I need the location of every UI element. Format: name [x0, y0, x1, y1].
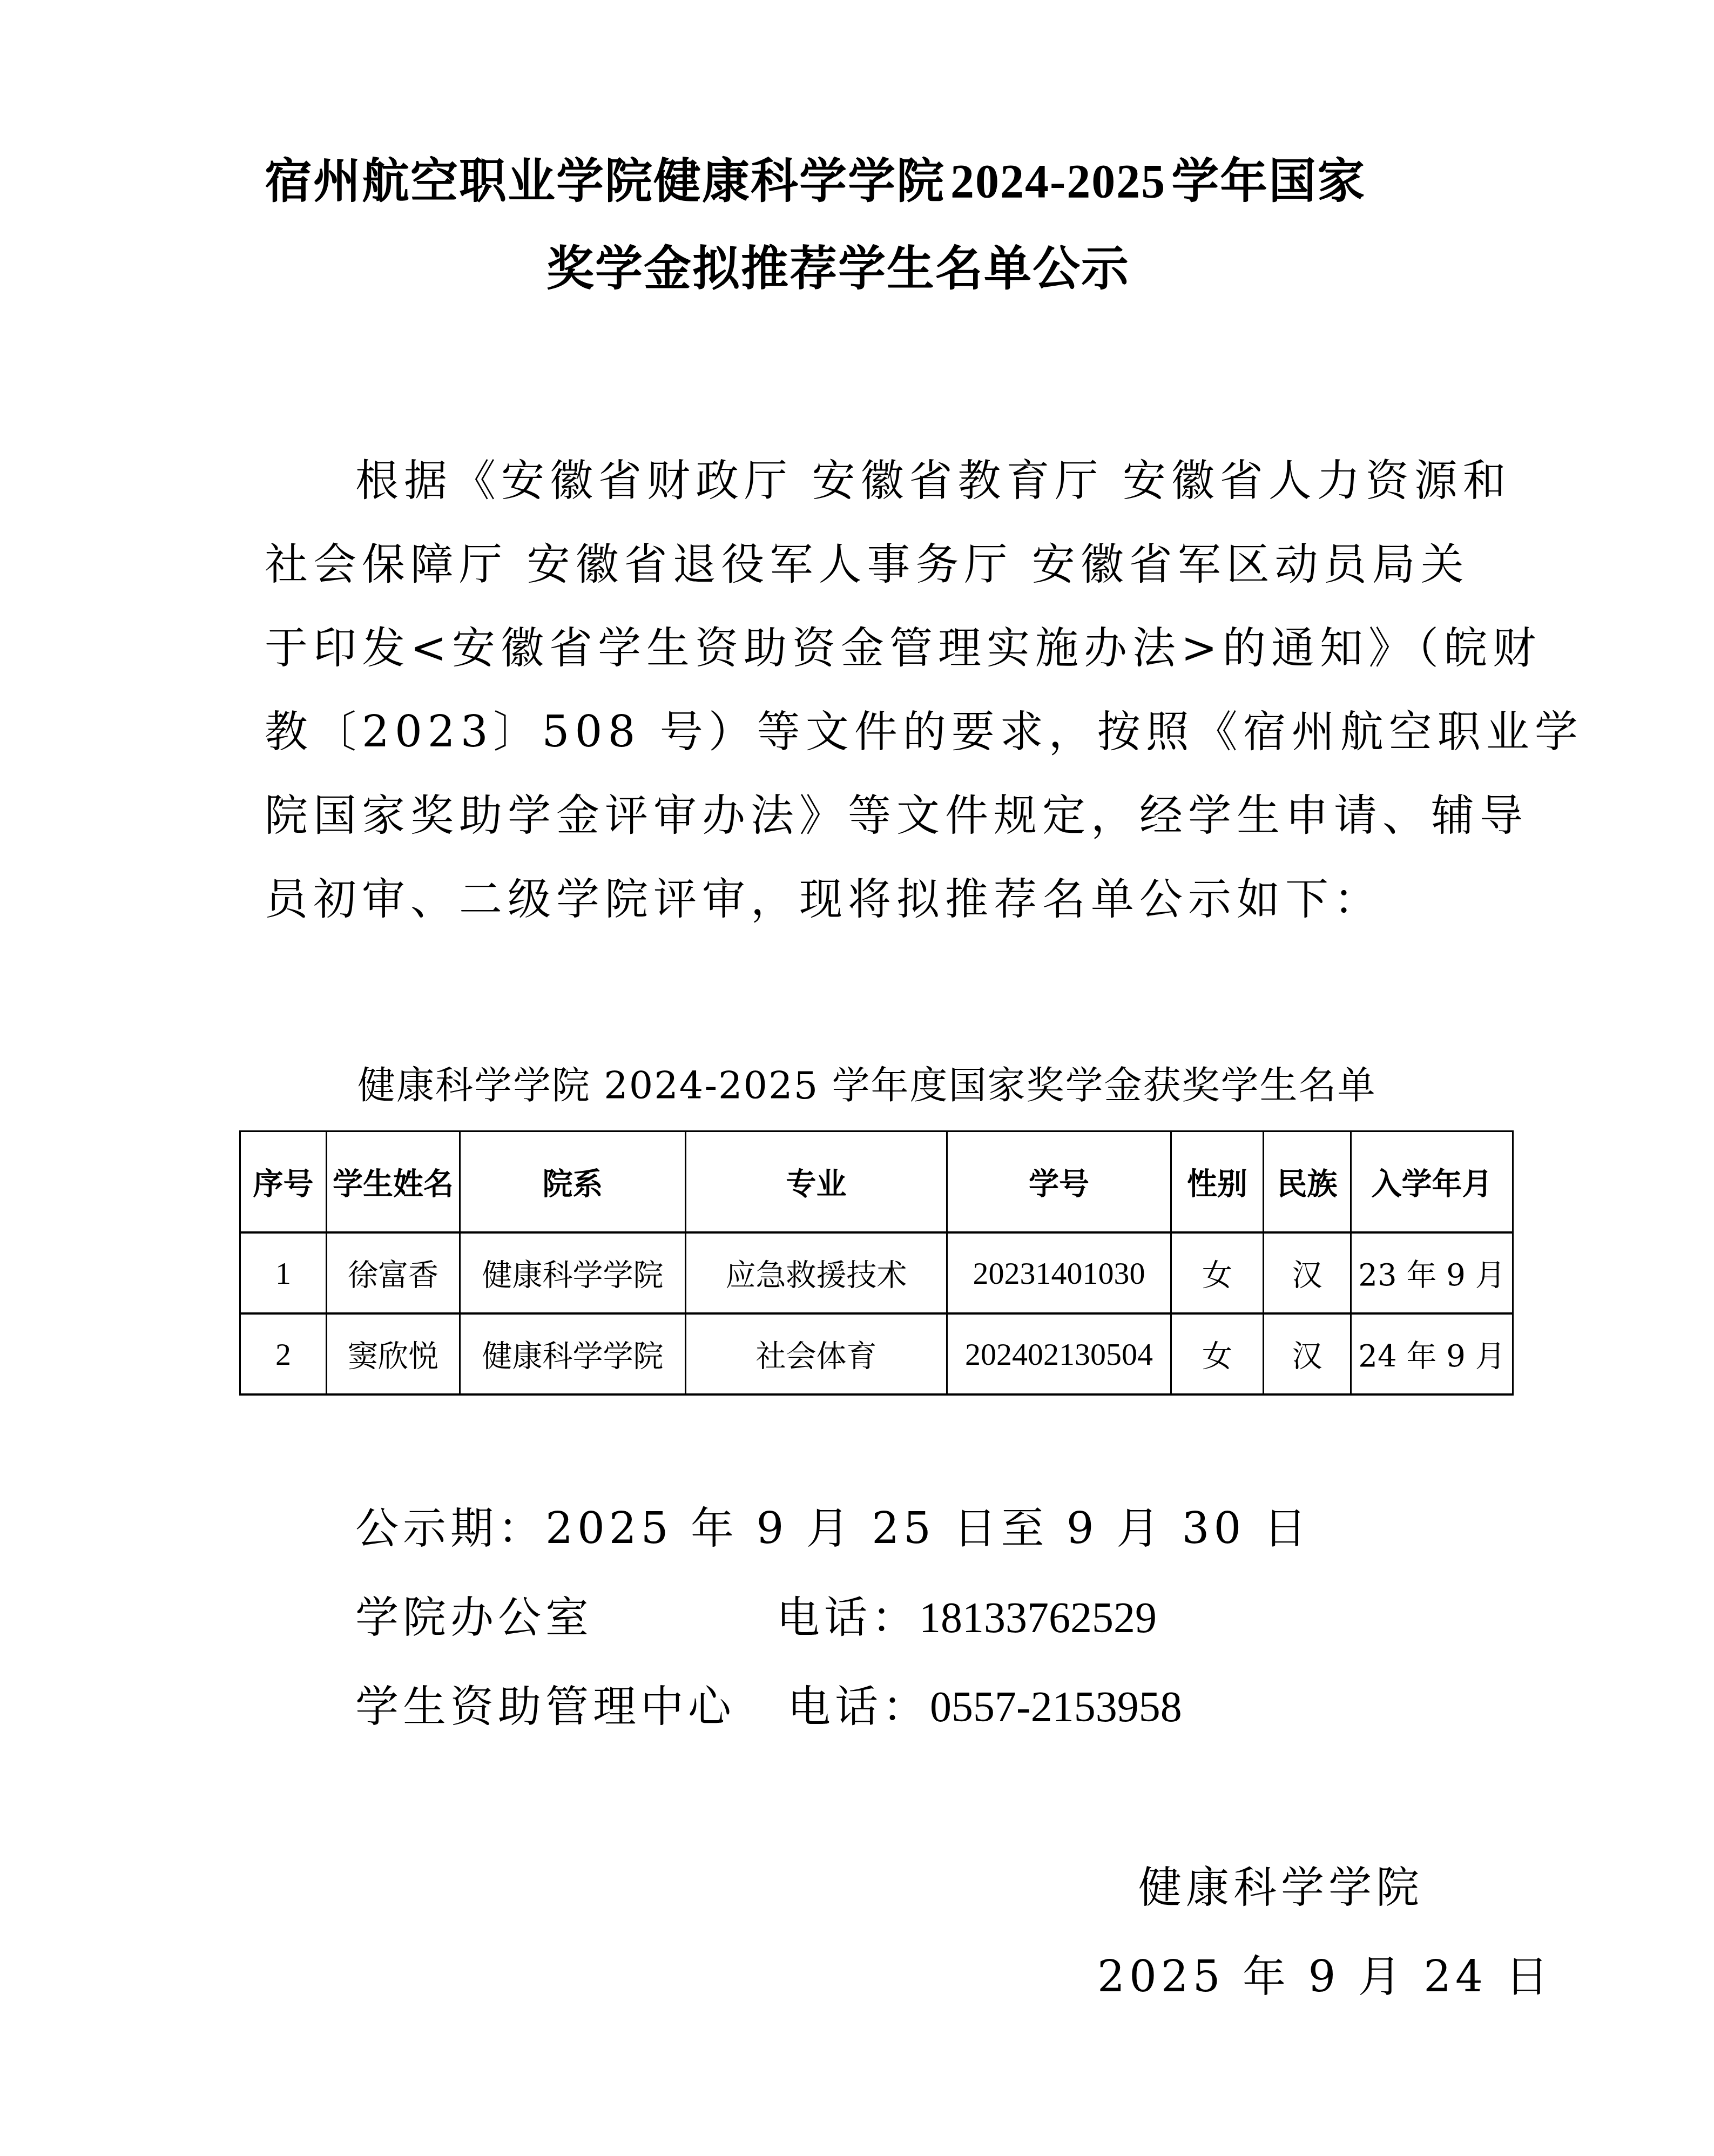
header-student-name: 学生姓名: [327, 1131, 460, 1233]
table-caption: 健康科学学院 2024-2025 学年度国家奖学金获奖学生名单: [357, 1067, 1376, 1104]
header-department: 院系: [460, 1131, 686, 1233]
cell-department: 健康科学学院: [460, 1232, 686, 1313]
cell-ethnicity: 汉: [1264, 1232, 1351, 1313]
notice-period-value: 2025 年 9 月 25 日至 9 月 30 日: [545, 1503, 1311, 1553]
body-line-4: 教〔2023〕508 号）等文件的要求，按照《宿州航空职业学: [265, 710, 1583, 753]
cell-student-id: 20231401030: [947, 1232, 1171, 1313]
contact-office-name: 学院办公室: [355, 1592, 593, 1642]
body-line-1: 根据《安徽省财政厅 安徽省教育厅 安徽省人力资源和: [355, 459, 1511, 502]
cell-gender: 女: [1171, 1232, 1264, 1313]
title-prefix: 宿州航空职业学院健康科学学院: [265, 152, 945, 208]
cell-enrollment-date: 24 年 9 月: [1351, 1313, 1513, 1394]
cell-major: 应急救援技术: [686, 1232, 947, 1313]
document-title-line-1: 宿州航空职业学院健康科学学院2024-2025学年国家: [265, 157, 1366, 206]
header-major: 专业: [686, 1131, 947, 1233]
signature-date: 2025 年 9 月 24 日: [1097, 1955, 1553, 1998]
phone-label: 电话：: [777, 1592, 919, 1642]
body-line-6: 员初审、二级学院评审，现将拟推荐名单公示如下：: [265, 878, 1382, 921]
header-index: 序号: [240, 1131, 327, 1233]
title-year: 2024-2025: [950, 156, 1166, 208]
cell-major: 社会体育: [686, 1313, 947, 1394]
cell-student-name: 窦欣悦: [327, 1313, 460, 1394]
cell-ethnicity: 汉: [1264, 1313, 1351, 1394]
contact-college-office-phone: 电话：18133762529: [777, 1596, 1157, 1640]
body-line-5: 院国家奖助学金评审办法》等文件规定，经学生申请、辅导: [265, 794, 1528, 837]
header-gender: 性别: [1171, 1131, 1264, 1233]
header-student-id: 学号: [947, 1131, 1171, 1233]
body-line-3: 于印发<安徽省学生资助资金管理实施办法>的通知》（皖财: [265, 626, 1541, 670]
cell-gender: 女: [1171, 1313, 1264, 1394]
scholarship-roster-table: 序号 学生姓名 院系 专业 学号 性别 民族 入学年月 1 徐富香 健康科学学院…: [239, 1130, 1514, 1396]
notice-period-label: 公示期：: [355, 1503, 545, 1553]
phone-number: 18133762529: [919, 1594, 1157, 1642]
signature-organization: 健康科学学院: [1138, 1866, 1423, 1909]
title-suffix: 学年国家: [1171, 152, 1366, 208]
contact-aid-center-phone: 电话：0557-2153958: [787, 1685, 1182, 1729]
header-ethnicity: 民族: [1264, 1131, 1351, 1233]
header-enrollment-date: 入学年月: [1351, 1131, 1513, 1233]
contact-office-name: 学生资助管理中心: [355, 1681, 735, 1731]
table-row: 1 徐富香 健康科学学院 应急救援技术 20231401030 女 汉 23 年…: [240, 1232, 1513, 1313]
table-header-row: 序号 学生姓名 院系 专业 学号 性别 民族 入学年月: [240, 1131, 1513, 1233]
table-row: 2 窦欣悦 健康科学学院 社会体育 202402130504 女 汉 24 年 …: [240, 1313, 1513, 1394]
document-title-line-2: 奖学金拟推荐学生名单公示: [546, 244, 1130, 292]
cell-enrollment-date: 23 年 9 月: [1351, 1232, 1513, 1313]
cell-student-id: 202402130504: [947, 1313, 1171, 1394]
cell-department: 健康科学学院: [460, 1313, 686, 1394]
body-line-2: 社会保障厅 安徽省退役军人事务厅 安徽省军区动员局关: [265, 543, 1469, 586]
contact-aid-center: 学生资助管理中心: [355, 1685, 735, 1728]
notice-period: 公示期：2025 年 9 月 25 日至 9 月 30 日: [355, 1507, 1311, 1550]
cell-student-name: 徐富香: [327, 1232, 460, 1313]
phone-number: 0557-2153958: [930, 1683, 1182, 1731]
cell-index: 2: [240, 1313, 327, 1394]
cell-index: 1: [240, 1232, 327, 1313]
phone-label: 电话：: [787, 1681, 930, 1731]
contact-college-office: 学院办公室: [355, 1596, 593, 1639]
